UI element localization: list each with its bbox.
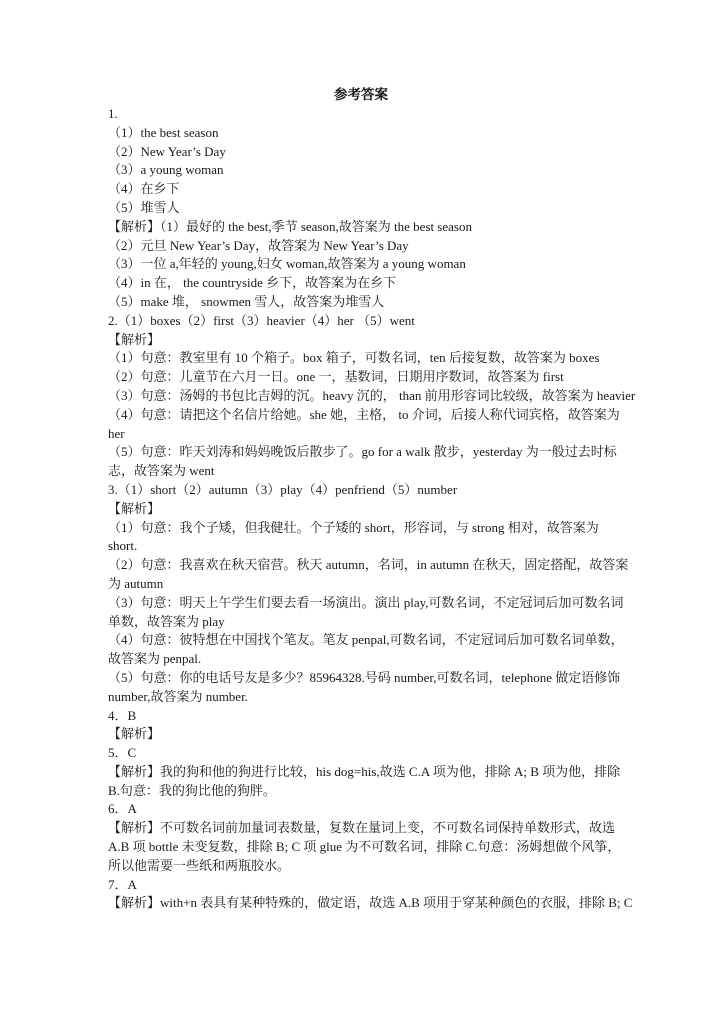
text-line: 所以他需要一些纸和两瓶胶水。 <box>108 857 614 876</box>
text-line: short. <box>108 537 614 556</box>
text-line: A.B 项 bottle 未变复数，排除 B; C 项 glue 为不可数名词，… <box>108 838 614 857</box>
text-line: （1）句意：教室里有 10 个箱子。box 箱子，可数名词，ten 后接复数，故… <box>108 349 614 368</box>
text-line: （1）句意：我个子矮，但我健壮。个子矮的 short，形容词，与 strong … <box>108 519 614 538</box>
text-line: 【解析】（1）最好的 the best,季节 season,故答案为 the b… <box>108 218 614 237</box>
text-line: （1）the best season <box>108 124 614 143</box>
answer-body: 1.（1）the best season（2）New Year’s Day（3）… <box>108 105 614 913</box>
text-line: 【解析】 <box>108 331 614 350</box>
text-line: （2）句意：我喜欢在秋天宿营。秋天 autumn，名词，in autumn 在秋… <box>108 556 614 575</box>
text-line: 单数，故答案为 play <box>108 613 614 632</box>
text-line: 2.（1）boxes（2）first（3）heavier（4）her （5）we… <box>108 312 614 331</box>
text-line: （3）一位 a,年轻的 young,妇女 woman,故答案为 a young … <box>108 255 614 274</box>
text-line: 3.（1）short（2）autumn（3）play（4）penfriend（5… <box>108 481 614 500</box>
text-line: 【解析】不可数名词前加量词表数量，复数在量词上变，不可数名词保持单数形式，故选 <box>108 819 614 838</box>
text-line: number,故答案为 number. <box>108 688 614 707</box>
text-line: 1. <box>108 105 614 124</box>
text-line: 【解析】我的狗和他的狗进行比较，his dog=his,故选 C.A 项为他，排… <box>108 763 614 782</box>
text-line: 6．A <box>108 800 614 819</box>
text-line: （5）句意：昨天刘涛和妈妈晚饭后散步了。go for a walk 散步，yes… <box>108 443 614 462</box>
text-line: （3）句意：明天上午学生们要去看一场演出。演出 play,可数名词，不定冠词后加… <box>108 594 614 613</box>
text-line: （4）句意：彼特想在中国找个笔友。笔友 penpal,可数名词，不定冠词后加可数… <box>108 631 614 650</box>
text-line: （4）在乡下 <box>108 180 614 199</box>
text-line: 故答案为 penpal. <box>108 650 614 669</box>
text-line: （5）句意：你的电话号友是多少？85964328.号码 number,可数名词，… <box>108 669 614 688</box>
text-line: 【解析】 <box>108 725 614 744</box>
text-line: B.句意：我的狗比他的狗胖。 <box>108 782 614 801</box>
answer-document: 参考答案 1.（1）the best season（2）New Year’s D… <box>108 86 614 913</box>
text-line: （2）元旦 New Year’s Day，故答案为 New Year’s Day <box>108 237 614 256</box>
text-line: 为 autumn <box>108 575 614 594</box>
text-line: （3）句意：汤姆的书包比吉姆的沉。heavy 沉的， than 前用形容词比较级… <box>108 387 614 406</box>
text-line: （4）句意：请把这个名信片给她。she 她，主格， to 介词，后接人称代词宾格… <box>108 406 614 425</box>
text-line: （5）堆雪人 <box>108 199 614 218</box>
text-line: 志，故答案为 went <box>108 462 614 481</box>
page-title: 参考答案 <box>108 86 614 105</box>
text-line: （5）make 堆， snowmen 雪人，故答案为堆雪人 <box>108 293 614 312</box>
text-line: 【解析】 <box>108 500 614 519</box>
text-line: 【解析】with+n 表具有某种特殊的，做定语，故选 A.B 项用于穿某种颜色的… <box>108 894 614 913</box>
text-line: （2）New Year’s Day <box>108 143 614 162</box>
text-line: （4）in 在， the countryside 乡下，故答案为在乡下 <box>108 274 614 293</box>
text-line: （2）句意：儿童节在六月一日。one 一，基数词，日期用序数词，故答案为 fir… <box>108 368 614 387</box>
text-line: 4．B <box>108 707 614 726</box>
text-line: （3）a young woman <box>108 161 614 180</box>
text-line: 5．C <box>108 744 614 763</box>
text-line: 7．A <box>108 876 614 895</box>
text-line: her <box>108 425 614 444</box>
